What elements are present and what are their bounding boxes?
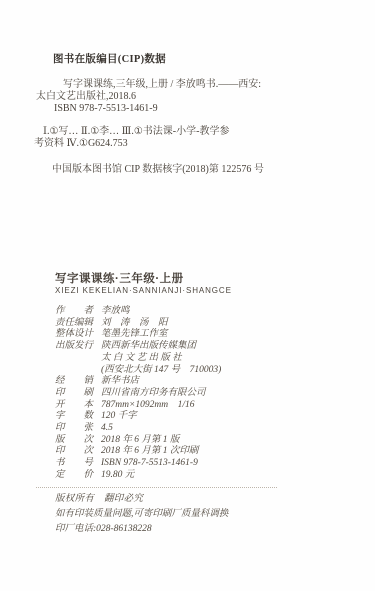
colophon-value: 笔墨先锋工作室 <box>101 329 168 339</box>
colophon-row-isbn: 书 号ISBN 978-7-5513-1461-9 <box>55 458 221 470</box>
colophon-row-format: 开 本787mm×1092mm 1/16 <box>55 400 221 412</box>
colophon-row-publisher-group: 出版发行陕西新华出版传媒集团 <box>55 341 221 353</box>
cip-classification-paragraph: Ⅰ.①写… Ⅱ.①李… Ⅲ.①书法课-小学-教学参 考资料 Ⅳ.①G624.75… <box>34 126 334 150</box>
cip-record-line2: 太白文艺出版社,2018.6 <box>36 91 336 103</box>
colophon-row-design: 整体设计笔墨先锋工作室 <box>55 329 221 341</box>
colophon-value: 4.5 <box>101 423 113 433</box>
colophon-value: (西安北大街 147 号 710003) <box>101 365 221 375</box>
printer-phone: 印厂电话:028-86138228 <box>55 522 228 537</box>
colophon-row-impression: 印 次2018 年 6 月第 1 次印刷 <box>55 446 221 458</box>
colophon-value: 787mm×1092mm 1/16 <box>101 400 195 410</box>
colophon-row-publisher: 太 白 文 艺 出 版 社 <box>55 353 221 365</box>
book-title: 写字课课练·三年级·上册 <box>55 270 184 286</box>
colophon-value: 四川省南方印务有限公司 <box>101 388 206 398</box>
colophon-value: 刘 涛 汤 阳 <box>101 318 168 328</box>
cip-class-line1: Ⅰ.①写… Ⅱ.①李… Ⅲ.①书法课-小学-教学参 <box>34 126 334 138</box>
colophon-value: 新华书店 <box>101 376 139 386</box>
cip-record-line1: 写字课课练,三年级,上册 / 李放鸣书.——西安: <box>36 79 336 91</box>
colophon-row-distributor: 经 销新华书店 <box>55 376 221 388</box>
colophon-label: 出版发行 <box>55 341 95 353</box>
colophon-row-price: 定 价19.80 元 <box>55 470 221 482</box>
cip-registry-line: 中国版本图书馆 CIP 数据核字(2018)第 122576 号 <box>52 160 264 175</box>
colophon-label: 版 次 <box>55 435 95 447</box>
colophon-value: 2018 年 6 月第 1 版 <box>101 435 179 445</box>
colophon-label: 定 价 <box>55 470 95 482</box>
quality-notice: 如有印装质量问题,可寄印刷厂质量科调换 <box>55 507 228 522</box>
colophon-row-address: (西安北大街 147 号 710003) <box>55 365 221 377</box>
cip-heading: 图书在版编目(CIP)数据 <box>53 51 166 66</box>
divider-rule <box>36 487 277 488</box>
colophon-value: 120 千字 <box>101 411 137 421</box>
colophon-value: 陕西新华出版传媒集团 <box>101 341 196 351</box>
colophon-row-editor: 责任编辑刘 涛 汤 阳 <box>55 318 221 330</box>
colophon-row-printer: 印 刷四川省南方印务有限公司 <box>55 388 221 400</box>
colophon-value: ISBN 978-7-5513-1461-9 <box>101 458 198 468</box>
colophon-label: 书 号 <box>55 458 95 470</box>
colophon-value: 李放鸣 <box>101 306 130 316</box>
colophon-value: 2018 年 6 月第 1 次印刷 <box>101 446 198 456</box>
colophon-label: 经 销 <box>55 376 95 388</box>
copyright-notice: 版权所有 翻印必究 <box>55 492 228 507</box>
colophon-label: 印 刷 <box>55 388 95 400</box>
colophon-label: 开 本 <box>55 400 95 412</box>
colophon-row-wordcount: 字 数120 千字 <box>55 411 221 423</box>
colophon-value: 19.80 元 <box>101 470 134 480</box>
book-copyright-page: 图书在版编目(CIP)数据 写字课课练,三年级,上册 / 李放鸣书.——西安: … <box>0 0 375 591</box>
colophon-table: 作 者李放鸣 责任编辑刘 涛 汤 阳 整体设计笔墨先锋工作室 出版发行陕西新华出… <box>55 306 221 482</box>
cip-class-line2: 考资料 Ⅳ.①G624.753 <box>34 138 334 150</box>
book-title-pinyin: XIEZI KEKELIAN·SANNIANJI·SHANGCE <box>55 286 232 295</box>
copyright-footer: 版权所有 翻印必究 如有印装质量问题,可寄印刷厂质量科调换 印厂电话:028-8… <box>55 492 228 536</box>
colophon-label: 责任编辑 <box>55 318 95 330</box>
colophon-label: 印 次 <box>55 446 95 458</box>
cip-record-paragraph: 写字课课练,三年级,上册 / 李放鸣书.——西安: 太白文艺出版社,2018.6… <box>36 79 336 115</box>
colophon-label: 整体设计 <box>55 329 95 341</box>
colophon-label: 印 张 <box>55 423 95 435</box>
colophon-row-sheets: 印 张4.5 <box>55 423 221 435</box>
colophon-row-edition: 版 次2018 年 6 月第 1 版 <box>55 435 221 447</box>
colophon-row-author: 作 者李放鸣 <box>55 306 221 318</box>
cip-isbn-line: ISBN 978-7-5513-1461-9 <box>36 103 336 115</box>
colophon-label: 字 数 <box>55 411 95 423</box>
colophon-value: 太 白 文 艺 出 版 社 <box>101 353 182 363</box>
colophon-label: 作 者 <box>55 306 95 318</box>
